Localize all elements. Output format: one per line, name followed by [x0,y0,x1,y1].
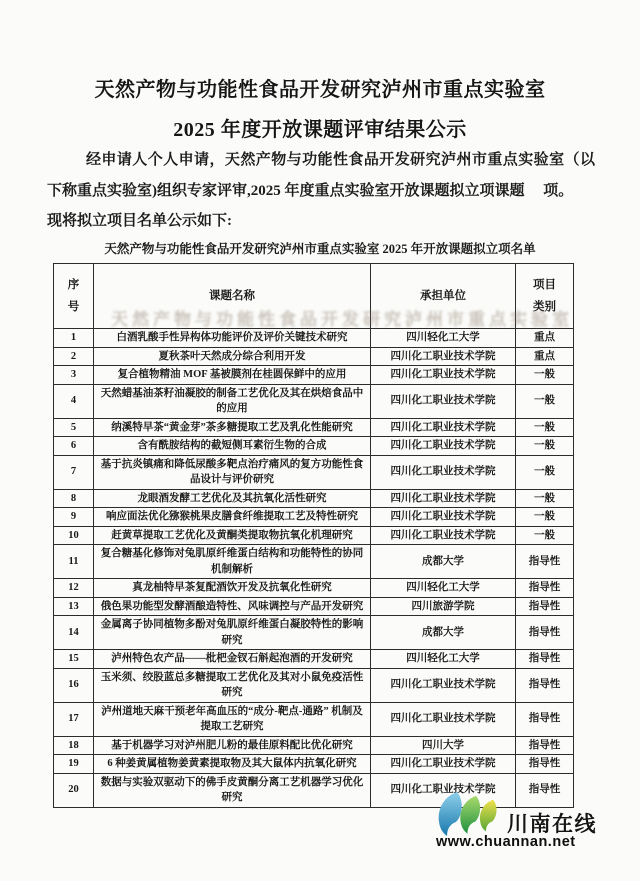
row-project-name: 真龙柚特早茶复配酒饮开发及抗氧化性研究 [94,579,371,598]
row-project-name: 纳溪特早茶“黄金芽”茶多糖提取工艺及乳化性能研究 [94,418,371,437]
row-serial-number: 7 [54,455,94,489]
results-table-container: 序 号 课题名称 承担单位 项目 类别 1 白酒乳酸手性异构体功能评价及评价关键… [53,263,573,808]
row-undertaking-unit: 四川化工职业技术学院 [371,366,516,385]
row-project-category: 一般 [516,508,574,527]
row-undertaking-unit: 四川化工职业技术学院 [371,526,516,545]
row-project-name: 基于机器学习对泸州肥儿粉的最佳原料配比优化研究 [94,736,371,755]
row-project-category: 指导性 [516,736,574,755]
row-undertaking-unit: 成都大学 [371,545,516,579]
row-serial-number: 17 [54,702,94,736]
row-project-category: 一般 [516,455,574,489]
table-row: 4 天然蜡基油茶籽油凝胶的制备工艺优化及其在烘焙食品中的应用 四川化工职业技术学… [54,384,574,418]
row-project-name: 基于抗炎镇痛和降低尿酸多靶点治疗痛风的复方功能性食品设计与评价研究 [94,455,371,489]
row-project-name: 白酒乳酸手性异构体功能评价及评价关键技术研究 [94,329,371,348]
row-project-name: 泸州特色农产品——枇杷金钗石斛起泡酒的开发研究 [94,650,371,669]
header-serial-number: 序 号 [54,264,94,329]
row-project-category: 一般 [516,384,574,418]
row-project-category: 重点 [516,347,574,366]
row-serial-number: 13 [54,597,94,616]
row-project-category: 指导性 [516,597,574,616]
row-project-name: 含有酰胺结构的截短侧耳素衍生物的合成 [94,437,371,456]
row-project-category: 一般 [516,526,574,545]
row-project-category: 指导性 [516,579,574,598]
row-project-name: 金属离子协同植物多酚对兔肌原纤维蛋白凝胶特性的影响研究 [94,616,371,650]
table-row: 19 6 种姜黄属植物姜黄素提取物及其大鼠体内抗氧化研究 四川化工职业技术学院 … [54,755,574,774]
intro-paragraph: 经申请人个人申请，天然产物与功能性食品开发研究泸州市重点实验室（以 下称重点实验… [47,145,595,237]
row-project-name: 数据与实验双驱动下的佛手皮黄酮分离工艺机器学习优化研究 [94,773,371,807]
table-row: 10 赶黄草提取工艺优化及黄酮类提取物抗氧化机理研究 四川化工职业技术学院 一般 [54,526,574,545]
row-serial-number: 5 [54,418,94,437]
paragraph-line: 下称重点实验室)组织专家评审,2025 年度重点实验室开放课题拟立项课题 项。 [47,176,595,207]
table-row: 16 玉米须、绞股蓝总多糖提取工艺优化及其对小鼠免疫活性研究 四川化工职业技术学… [54,668,574,702]
logo-brush-fins-icon [436,791,506,837]
row-project-category: 指导性 [516,545,574,579]
row-undertaking-unit: 四川化工职业技术学院 [371,455,516,489]
row-project-name: 复合糖基化修饰对兔肌原纤维蛋白结构和功能特性的协同机制解析 [94,545,371,579]
row-undertaking-unit: 四川化工职业技术学院 [371,508,516,527]
row-project-name: 天然蜡基油茶籽油凝胶的制备工艺优化及其在烘焙食品中的应用 [94,384,371,418]
logo-site-url: www.chuannan.net [436,834,608,850]
table-row: 12 真龙柚特早茶复配酒饮开发及抗氧化性研究 四川轻化工大学 指导性 [54,579,574,598]
row-serial-number: 10 [54,526,94,545]
row-project-name: 响应面法优化猕猴桃果皮膳食纤维提取工艺及特性研究 [94,508,371,527]
header-project-name: 课题名称 [94,264,371,329]
table-row: 1 白酒乳酸手性异构体功能评价及评价关键技术研究 四川轻化工大学 重点 [54,329,574,348]
chuannan-online-logo: 川南在线 www.chuannan.net [436,791,608,850]
row-serial-number: 14 [54,616,94,650]
row-serial-number: 15 [54,650,94,669]
row-undertaking-unit: 四川化工职业技术学院 [371,347,516,366]
header-undertaking-unit: 承担单位 [371,264,516,329]
row-serial-number: 11 [54,545,94,579]
row-project-name: 玉米须、绞股蓝总多糖提取工艺优化及其对小鼠免疫活性研究 [94,668,371,702]
row-undertaking-unit: 四川化工职业技术学院 [371,437,516,456]
row-project-name: 6 种姜黄属植物姜黄素提取物及其大鼠体内抗氧化研究 [94,755,371,774]
row-project-category: 一般 [516,489,574,508]
header-project-category: 项目 类别 [516,264,574,329]
row-undertaking-unit: 四川化工职业技术学院 [371,668,516,702]
row-undertaking-unit: 四川化工职业技术学院 [371,489,516,508]
row-serial-number: 8 [54,489,94,508]
row-undertaking-unit: 四川轻化工大学 [371,579,516,598]
table-row: 17 泸州道地天麻干预老年高血压的“成分-靶点-通路” 机制及提取工艺研究 四川… [54,702,574,736]
row-undertaking-unit: 四川化工职业技术学院 [371,702,516,736]
table-row: 8 龙眼酒发酵工艺优化及其抗氧化活性研究 四川化工职业技术学院 一般 [54,489,574,508]
paragraph-line: 经申请人个人申请，天然产物与功能性食品开发研究泸州市重点实验室（以 [47,145,595,176]
row-serial-number: 1 [54,329,94,348]
row-project-name: 复合植物精油 MOF 基被膜剂在桂圆保鲜中的应用 [94,366,371,385]
table-row: 7 基于抗炎镇痛和降低尿酸多靶点治疗痛风的复方功能性食品设计与评价研究 四川化工… [54,455,574,489]
row-serial-number: 18 [54,736,94,755]
row-project-category: 重点 [516,329,574,348]
row-undertaking-unit: 四川旅游学院 [371,597,516,616]
row-undertaking-unit: 四川化工职业技术学院 [371,384,516,418]
document-title-line2: 2025 年度开放课题评审结果公示 [0,116,640,144]
row-project-category: 指导性 [516,755,574,774]
table-row: 15 泸州特色农产品——枇杷金钗石斛起泡酒的开发研究 四川轻化工大学 指导性 [54,650,574,669]
row-project-category: 指导性 [516,650,574,669]
row-serial-number: 3 [54,366,94,385]
row-serial-number: 4 [54,384,94,418]
table-row: 18 基于机器学习对泸州肥儿粉的最佳原料配比优化研究 四川大学 指导性 [54,736,574,755]
table-caption: 天然产物与功能性食品开发研究泸州市重点实验室 2025 年开放课题拟立项名单 [0,239,640,257]
row-serial-number: 12 [54,579,94,598]
results-table: 序 号 课题名称 承担单位 项目 类别 1 白酒乳酸手性异构体功能评价及评价关键… [53,263,574,808]
scanned-document-page: 天然产物与功能性食品开发研究泸州市重点实验室 2025 年度开放课题评审结果公示… [0,0,640,881]
row-undertaking-unit: 四川轻化工大学 [371,650,516,669]
row-project-name: 俄色果功能型发酵酒酿造特性、风味调控与产品开发研究 [94,597,371,616]
table-row: 5 纳溪特早茶“黄金芽”茶多糖提取工艺及乳化性能研究 四川化工职业技术学院 一般 [54,418,574,437]
row-project-category: 指导性 [516,616,574,650]
table-row: 9 响应面法优化猕猴桃果皮膳食纤维提取工艺及特性研究 四川化工职业技术学院 一般 [54,508,574,527]
table-row: 6 含有酰胺结构的截短侧耳素衍生物的合成 四川化工职业技术学院 一般 [54,437,574,456]
row-undertaking-unit: 四川轻化工大学 [371,329,516,348]
table-row: 2 夏秋茶叶天然成分综合利用开发 四川化工职业技术学院 重点 [54,347,574,366]
row-project-name: 夏秋茶叶天然成分综合利用开发 [94,347,371,366]
table-body: 1 白酒乳酸手性异构体功能评价及评价关键技术研究 四川轻化工大学 重点 2 夏秋… [54,329,574,808]
row-project-category: 一般 [516,418,574,437]
row-serial-number: 20 [54,773,94,807]
row-serial-number: 16 [54,668,94,702]
document-title-line1: 天然产物与功能性食品开发研究泸州市重点实验室 [0,76,640,104]
paragraph-line: 现将拟立项目名单公示如下: [47,206,595,237]
row-project-category: 一般 [516,437,574,456]
table-row: 3 复合植物精油 MOF 基被膜剂在桂圆保鲜中的应用 四川化工职业技术学院 一般 [54,366,574,385]
table-header-row: 序 号 课题名称 承担单位 项目 类别 [54,264,574,329]
row-serial-number: 2 [54,347,94,366]
logo-site-name: 川南在线 [507,814,597,836]
row-project-category: 指导性 [516,702,574,736]
row-serial-number: 6 [54,437,94,456]
table-row: 14 金属离子协同植物多酚对兔肌原纤维蛋白凝胶特性的影响研究 成都大学 指导性 [54,616,574,650]
table-row: 11 复合糖基化修饰对兔肌原纤维蛋白结构和功能特性的协同机制解析 成都大学 指导… [54,545,574,579]
table-row: 13 俄色果功能型发酵酒酿造特性、风味调控与产品开发研究 四川旅游学院 指导性 [54,597,574,616]
row-project-name: 赶黄草提取工艺优化及黄酮类提取物抗氧化机理研究 [94,526,371,545]
row-project-name: 龙眼酒发酵工艺优化及其抗氧化活性研究 [94,489,371,508]
row-undertaking-unit: 四川大学 [371,736,516,755]
row-project-category: 指导性 [516,668,574,702]
row-serial-number: 9 [54,508,94,527]
row-serial-number: 19 [54,755,94,774]
row-project-name: 泸州道地天麻干预老年高血压的“成分-靶点-通路” 机制及提取工艺研究 [94,702,371,736]
row-undertaking-unit: 四川化工职业技术学院 [371,755,516,774]
row-undertaking-unit: 四川化工职业技术学院 [371,418,516,437]
row-undertaking-unit: 成都大学 [371,616,516,650]
row-project-category: 一般 [516,366,574,385]
